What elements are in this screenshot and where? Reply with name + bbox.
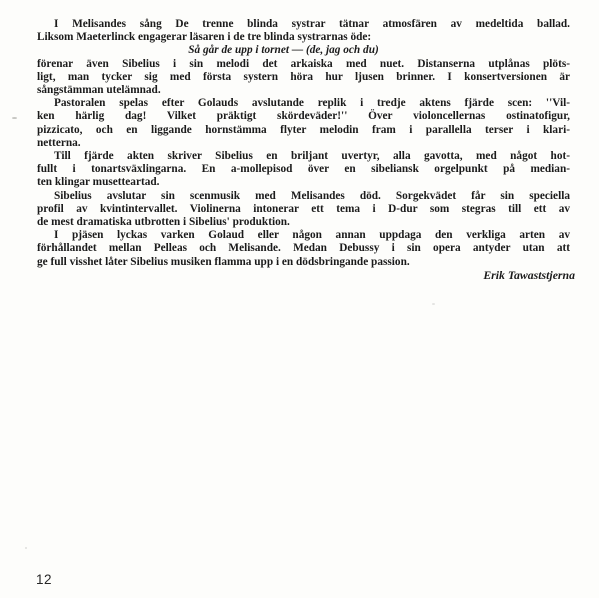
text-line: sångstämman utelämnad. xyxy=(37,84,570,97)
author-signature: Erik Tawaststjerna xyxy=(37,269,575,282)
scanned-book-page: I Melisandes sång De trenne blinda systr… xyxy=(0,0,599,598)
text-line: Sibelius avslutar sin scenmusik med Meli… xyxy=(37,190,570,203)
text-line: I pjäsen lyckas varken Golaud eller någo… xyxy=(37,229,570,242)
text-line: profil av kvintintervallet. Violinerna i… xyxy=(37,203,570,216)
text-line: förhållandet mellan Pelleas och Melisand… xyxy=(37,242,570,255)
scan-speck xyxy=(432,303,435,305)
text-line: Liksom Maeterlinck engagerar läsaren i d… xyxy=(37,31,570,44)
text-line: netterna. xyxy=(37,137,570,150)
text-line: de mest dramatiska utbrotten i Sibelius'… xyxy=(37,216,570,229)
scan-speck xyxy=(25,547,27,549)
text-line: ligt, man tycker sig med första systern … xyxy=(37,71,570,84)
verse-line: Så går de upp i tornet — (de, jag och du… xyxy=(37,44,570,57)
text-line: I Melisandes sång De trenne blinda systr… xyxy=(37,18,570,31)
text-line: Till fjärde akten skriver Sibelius en br… xyxy=(37,150,570,163)
text-line: förenar även Sibelius i sin melodi det a… xyxy=(37,58,570,71)
text-line: ken härlig dag! Vilket präktigt skördevä… xyxy=(37,110,570,123)
text-line: ten klingar musetteartad. xyxy=(37,176,570,189)
text-line: pizzicato, och en liggande hornstämma fl… xyxy=(37,124,570,137)
page-number: 12 xyxy=(36,572,52,587)
scan-speck xyxy=(12,117,17,119)
text-line: fullt i tonartsväxlingarna. En a-mollepi… xyxy=(37,163,570,176)
text-line: Pastoralen spelas efter Golauds avslutan… xyxy=(37,97,570,110)
text-line: ge full visshet låter Sibelius musiken f… xyxy=(37,256,570,269)
page-text: I Melisandes sång De trenne blinda systr… xyxy=(37,18,570,269)
